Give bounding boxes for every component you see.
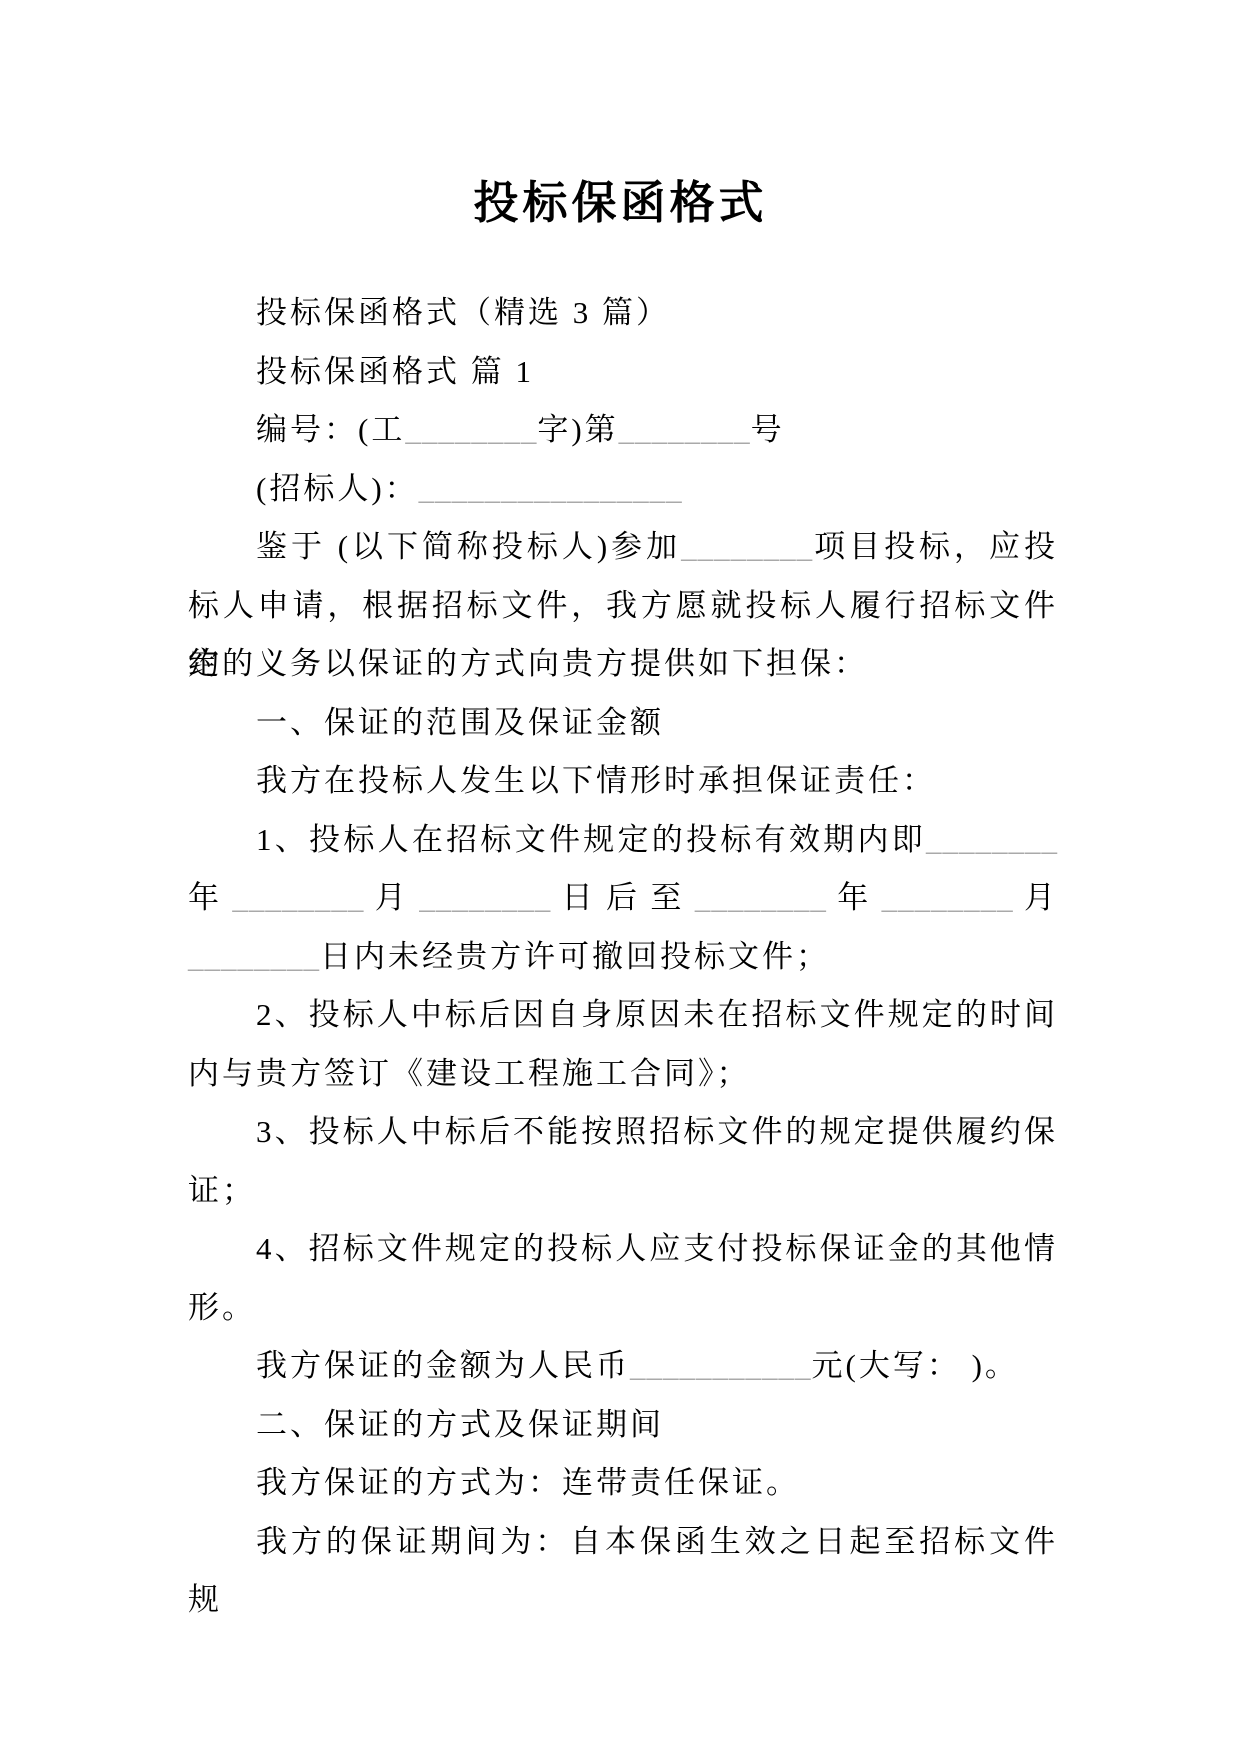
text-segment: 证； <box>188 1173 256 1208</box>
blank-underline: ________ <box>695 880 827 915</box>
text-segment: 形。 <box>188 1290 256 1325</box>
text-line: 4、招标文件规定的投标人应支付投标保证金的其他情 <box>188 1220 1058 1279</box>
text-segment: 4、招标文件规定的投标人应支付投标保证金的其他情 <box>256 1231 1058 1266</box>
text-segment: 日内未经贵方许可撤回投标文件； <box>320 939 830 974</box>
text-line: 证； <box>188 1162 1058 1221</box>
text-segment: 月 <box>1014 880 1058 915</box>
text-segment: 元(大写： )。 <box>812 1348 1019 1383</box>
text-segment: (招标人)： <box>256 471 419 506</box>
blank-underline: ________________ <box>419 471 683 506</box>
text-line: ________日内未经贵方许可撤回投标文件； <box>188 928 1058 987</box>
text-segment: 编号：(工 <box>256 412 405 447</box>
text-segment: 3、投标人中标后不能按照招标文件的规定提供履约保 <box>256 1114 1058 1149</box>
text-segment: 年 <box>188 880 232 915</box>
text-line: (招标人)：________________ <box>188 460 1058 519</box>
document-title: 投标保函格式 <box>0 178 1241 230</box>
text-line: 我方保证的方式为：连带责任保证。 <box>188 1454 1058 1513</box>
text-segment: 我方保证的金额为人民币 <box>256 1348 630 1383</box>
text-line: 我方的保证期间为：自本保函生效之日起至招标文件规 <box>188 1513 1058 1572</box>
text-segment: 一、保证的范围及保证金额 <box>256 705 664 740</box>
text-segment: 鉴于 (以下简称投标人)参加 <box>256 529 681 564</box>
blank-underline: ________ <box>926 822 1058 857</box>
text-segment: 1、投标人在招标文件规定的投标有效期内即 <box>256 822 926 857</box>
text-line: 我方保证的金额为人民币___________元(大写： )。 <box>188 1337 1058 1396</box>
text-line: 标人申请，根据招标文件，我方愿就投标人履行招标文件约 <box>188 577 1058 636</box>
blank-underline: ___________ <box>630 1348 812 1383</box>
text-segment: 我方保证的方式为：连带责任保证。 <box>256 1465 800 1500</box>
text-segment: 投标保函格式（精选 3 篇） <box>256 295 670 330</box>
text-line: 投标保函格式（精选 3 篇） <box>188 284 1058 343</box>
text-segment: 2、投标人中标后因自身原因未在招标文件规定的时间 <box>256 997 1058 1032</box>
text-segment: 日后至 <box>551 880 695 915</box>
text-segment: 号 <box>751 412 785 447</box>
text-line: 3、投标人中标后不能按照招标文件的规定提供履约保 <box>188 1103 1058 1162</box>
text-line: 年________月________日后至________年________月 <box>188 869 1058 928</box>
text-segment: 项目投标，应投 <box>813 529 1058 564</box>
blank-underline: ________ <box>405 412 537 447</box>
text-line: 内与贵方签订《建设工程施工合同》； <box>188 1045 1058 1104</box>
text-segment: 投标保函格式 篇 1 <box>256 354 534 389</box>
document-body: 投标保函格式（精选 3 篇）投标保函格式 篇 1编号：(工________字)第… <box>188 284 1058 1571</box>
blank-underline: ________ <box>188 939 320 974</box>
text-line: 2、投标人中标后因自身原因未在招标文件规定的时间 <box>188 986 1058 1045</box>
text-segment: 定的义务以保证的方式向贵方提供如下担保： <box>188 646 868 681</box>
text-segment: 我方的保证期间为：自本保函生效之日起至招标文件规 <box>188 1524 1058 1618</box>
text-line: 定的义务以保证的方式向贵方提供如下担保： <box>188 635 1058 694</box>
text-line: 二、保证的方式及保证期间 <box>188 1396 1058 1455</box>
document-page: 投标保函格式 投标保函格式（精选 3 篇）投标保函格式 篇 1编号：(工____… <box>0 0 1241 1754</box>
text-line: 我方在投标人发生以下情形时承担保证责任： <box>188 752 1058 811</box>
text-segment: 年 <box>827 880 882 915</box>
text-line: 鉴于 (以下简称投标人)参加________项目投标，应投 <box>188 518 1058 577</box>
text-line: 一、保证的范围及保证金额 <box>188 694 1058 753</box>
blank-underline: ________ <box>232 880 364 915</box>
blank-underline: ________ <box>419 880 551 915</box>
text-line: 编号：(工________字)第________号 <box>188 401 1058 460</box>
blank-underline: ________ <box>681 529 813 564</box>
text-line: 形。 <box>188 1279 1058 1338</box>
text-segment: 我方在投标人发生以下情形时承担保证责任： <box>256 763 936 798</box>
text-segment: 内与贵方签订《建设工程施工合同》； <box>188 1056 751 1091</box>
text-segment: 二、保证的方式及保证期间 <box>256 1407 664 1442</box>
text-line: 投标保函格式 篇 1 <box>188 343 1058 402</box>
text-segment: 字)第 <box>537 412 618 447</box>
blank-underline: ________ <box>619 412 751 447</box>
blank-underline: ________ <box>882 880 1014 915</box>
text-line: 1、投标人在招标文件规定的投标有效期内即________ <box>188 811 1058 870</box>
text-segment: 月 <box>364 880 419 915</box>
